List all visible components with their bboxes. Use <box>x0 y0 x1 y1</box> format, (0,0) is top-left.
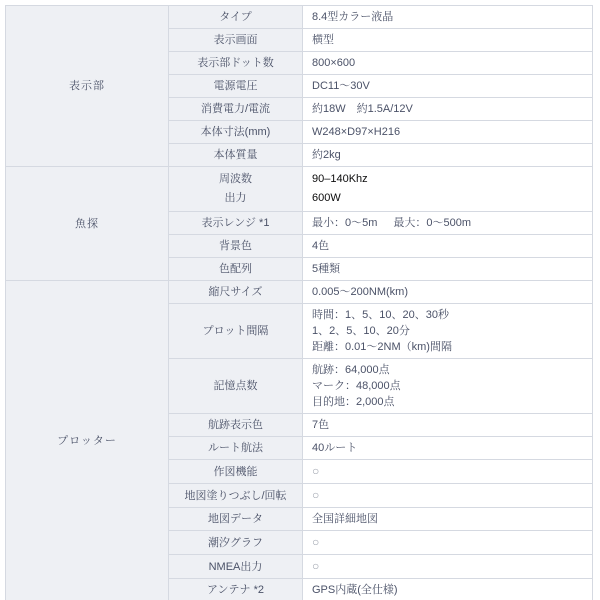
section-header-2: プロッター <box>6 281 169 600</box>
spec-value: 8.4型カラー液晶 <box>303 6 593 29</box>
spec-label: 潮汐グラフ <box>169 531 303 555</box>
spec-value: GPS内蔵(全仕様) <box>303 579 593 600</box>
spec-value: W248×D97×H216 <box>303 121 593 144</box>
spec-value: 横型 <box>303 29 593 52</box>
spec-value: 航跡：64,000点マーク：48,000点目的地：2,000点 <box>303 359 593 414</box>
spec-label: 周波数出力 <box>169 167 303 212</box>
spec-value: DC11～30V <box>303 75 593 98</box>
spec-value: ○ <box>303 484 593 508</box>
spec-table-body: 表示部タイプ8.4型カラー液晶表示画面横型表示部ドット数800×600電源電圧D… <box>6 6 593 600</box>
spec-value: 約18W 約1.5A/12V <box>303 98 593 121</box>
spec-label: 背景色 <box>169 235 303 258</box>
spec-value-line: 時間：1、5、10、20、30秒 <box>312 307 584 323</box>
spec-value-line: マーク：48,000点 <box>312 378 584 394</box>
spec-label: 本体寸法(mm) <box>169 121 303 144</box>
spec-value-line: 600W <box>312 189 584 208</box>
spec-label-line: 周波数 <box>177 170 294 189</box>
spec-value-part: 最小：0～5m <box>312 217 377 229</box>
spec-row: 表示部タイプ8.4型カラー液晶 <box>6 6 593 29</box>
spec-label: 消費電力/電流 <box>169 98 303 121</box>
spec-value: 40ルート <box>303 437 593 460</box>
spec-label-line: 出力 <box>177 189 294 208</box>
spec-value: 7色 <box>303 414 593 437</box>
section-header-0: 表示部 <box>6 6 169 167</box>
spec-label: 作図機能 <box>169 460 303 484</box>
spec-value: 90–140Khz600W <box>303 167 593 212</box>
spec-value: ○ <box>303 460 593 484</box>
spec-value: 5種類 <box>303 258 593 281</box>
circle-icon: ○ <box>312 558 319 574</box>
spec-value: ○ <box>303 555 593 579</box>
circle-icon: ○ <box>312 534 319 550</box>
spec-label: 表示画面 <box>169 29 303 52</box>
spec-value: ○ <box>303 531 593 555</box>
spec-label: 記憶点数 <box>169 359 303 414</box>
spec-label: 航跡表示色 <box>169 414 303 437</box>
spec-value: 0.005～200NM(km) <box>303 281 593 304</box>
spec-label: 色配列 <box>169 258 303 281</box>
spec-value-line: 距離：0.01～2NM（km)間隔 <box>312 339 584 355</box>
spec-label: アンテナ *2 <box>169 579 303 600</box>
spec-label: ルート航法 <box>169 437 303 460</box>
spec-value-line: 航跡：64,000点 <box>312 362 584 378</box>
circle-icon: ○ <box>312 463 319 479</box>
spec-label: 縮尺サイズ <box>169 281 303 304</box>
spec-label: プロット間隔 <box>169 304 303 359</box>
spec-label: 地図データ <box>169 508 303 531</box>
spec-value: 4色 <box>303 235 593 258</box>
spec-table: 表示部タイプ8.4型カラー液晶表示画面横型表示部ドット数800×600電源電圧D… <box>5 5 593 600</box>
spec-label: タイプ <box>169 6 303 29</box>
spec-value: 最小：0～5m最大：0～500m <box>303 212 593 235</box>
spec-value: 全国詳細地図 <box>303 508 593 531</box>
spec-sheet: 表示部タイプ8.4型カラー液晶表示画面横型表示部ドット数800×600電源電圧D… <box>0 0 600 600</box>
spec-label: 表示レンジ *1 <box>169 212 303 235</box>
spec-label: 本体質量 <box>169 144 303 167</box>
spec-value-line: 90–140Khz <box>312 170 584 189</box>
spec-label: 電源電圧 <box>169 75 303 98</box>
spec-row: プロッター縮尺サイズ0.005～200NM(km) <box>6 281 593 304</box>
circle-icon: ○ <box>312 487 319 503</box>
spec-value: 時間：1、5、10、20、30秒1、2、5、10、20分距離：0.01～2NM（… <box>303 304 593 359</box>
spec-value-line: 1、2、5、10、20分 <box>312 323 584 339</box>
spec-value: 800×600 <box>303 52 593 75</box>
spec-label: NMEA出力 <box>169 555 303 579</box>
spec-value-part: 最大：0～500m <box>393 217 471 229</box>
spec-label: 表示部ドット数 <box>169 52 303 75</box>
spec-label: 地図塗りつぶし/回転 <box>169 484 303 508</box>
spec-value-line: 目的地：2,000点 <box>312 394 584 410</box>
section-header-1: 魚探 <box>6 167 169 281</box>
spec-value: 約2kg <box>303 144 593 167</box>
spec-row: 魚探周波数出力90–140Khz600W <box>6 167 593 212</box>
